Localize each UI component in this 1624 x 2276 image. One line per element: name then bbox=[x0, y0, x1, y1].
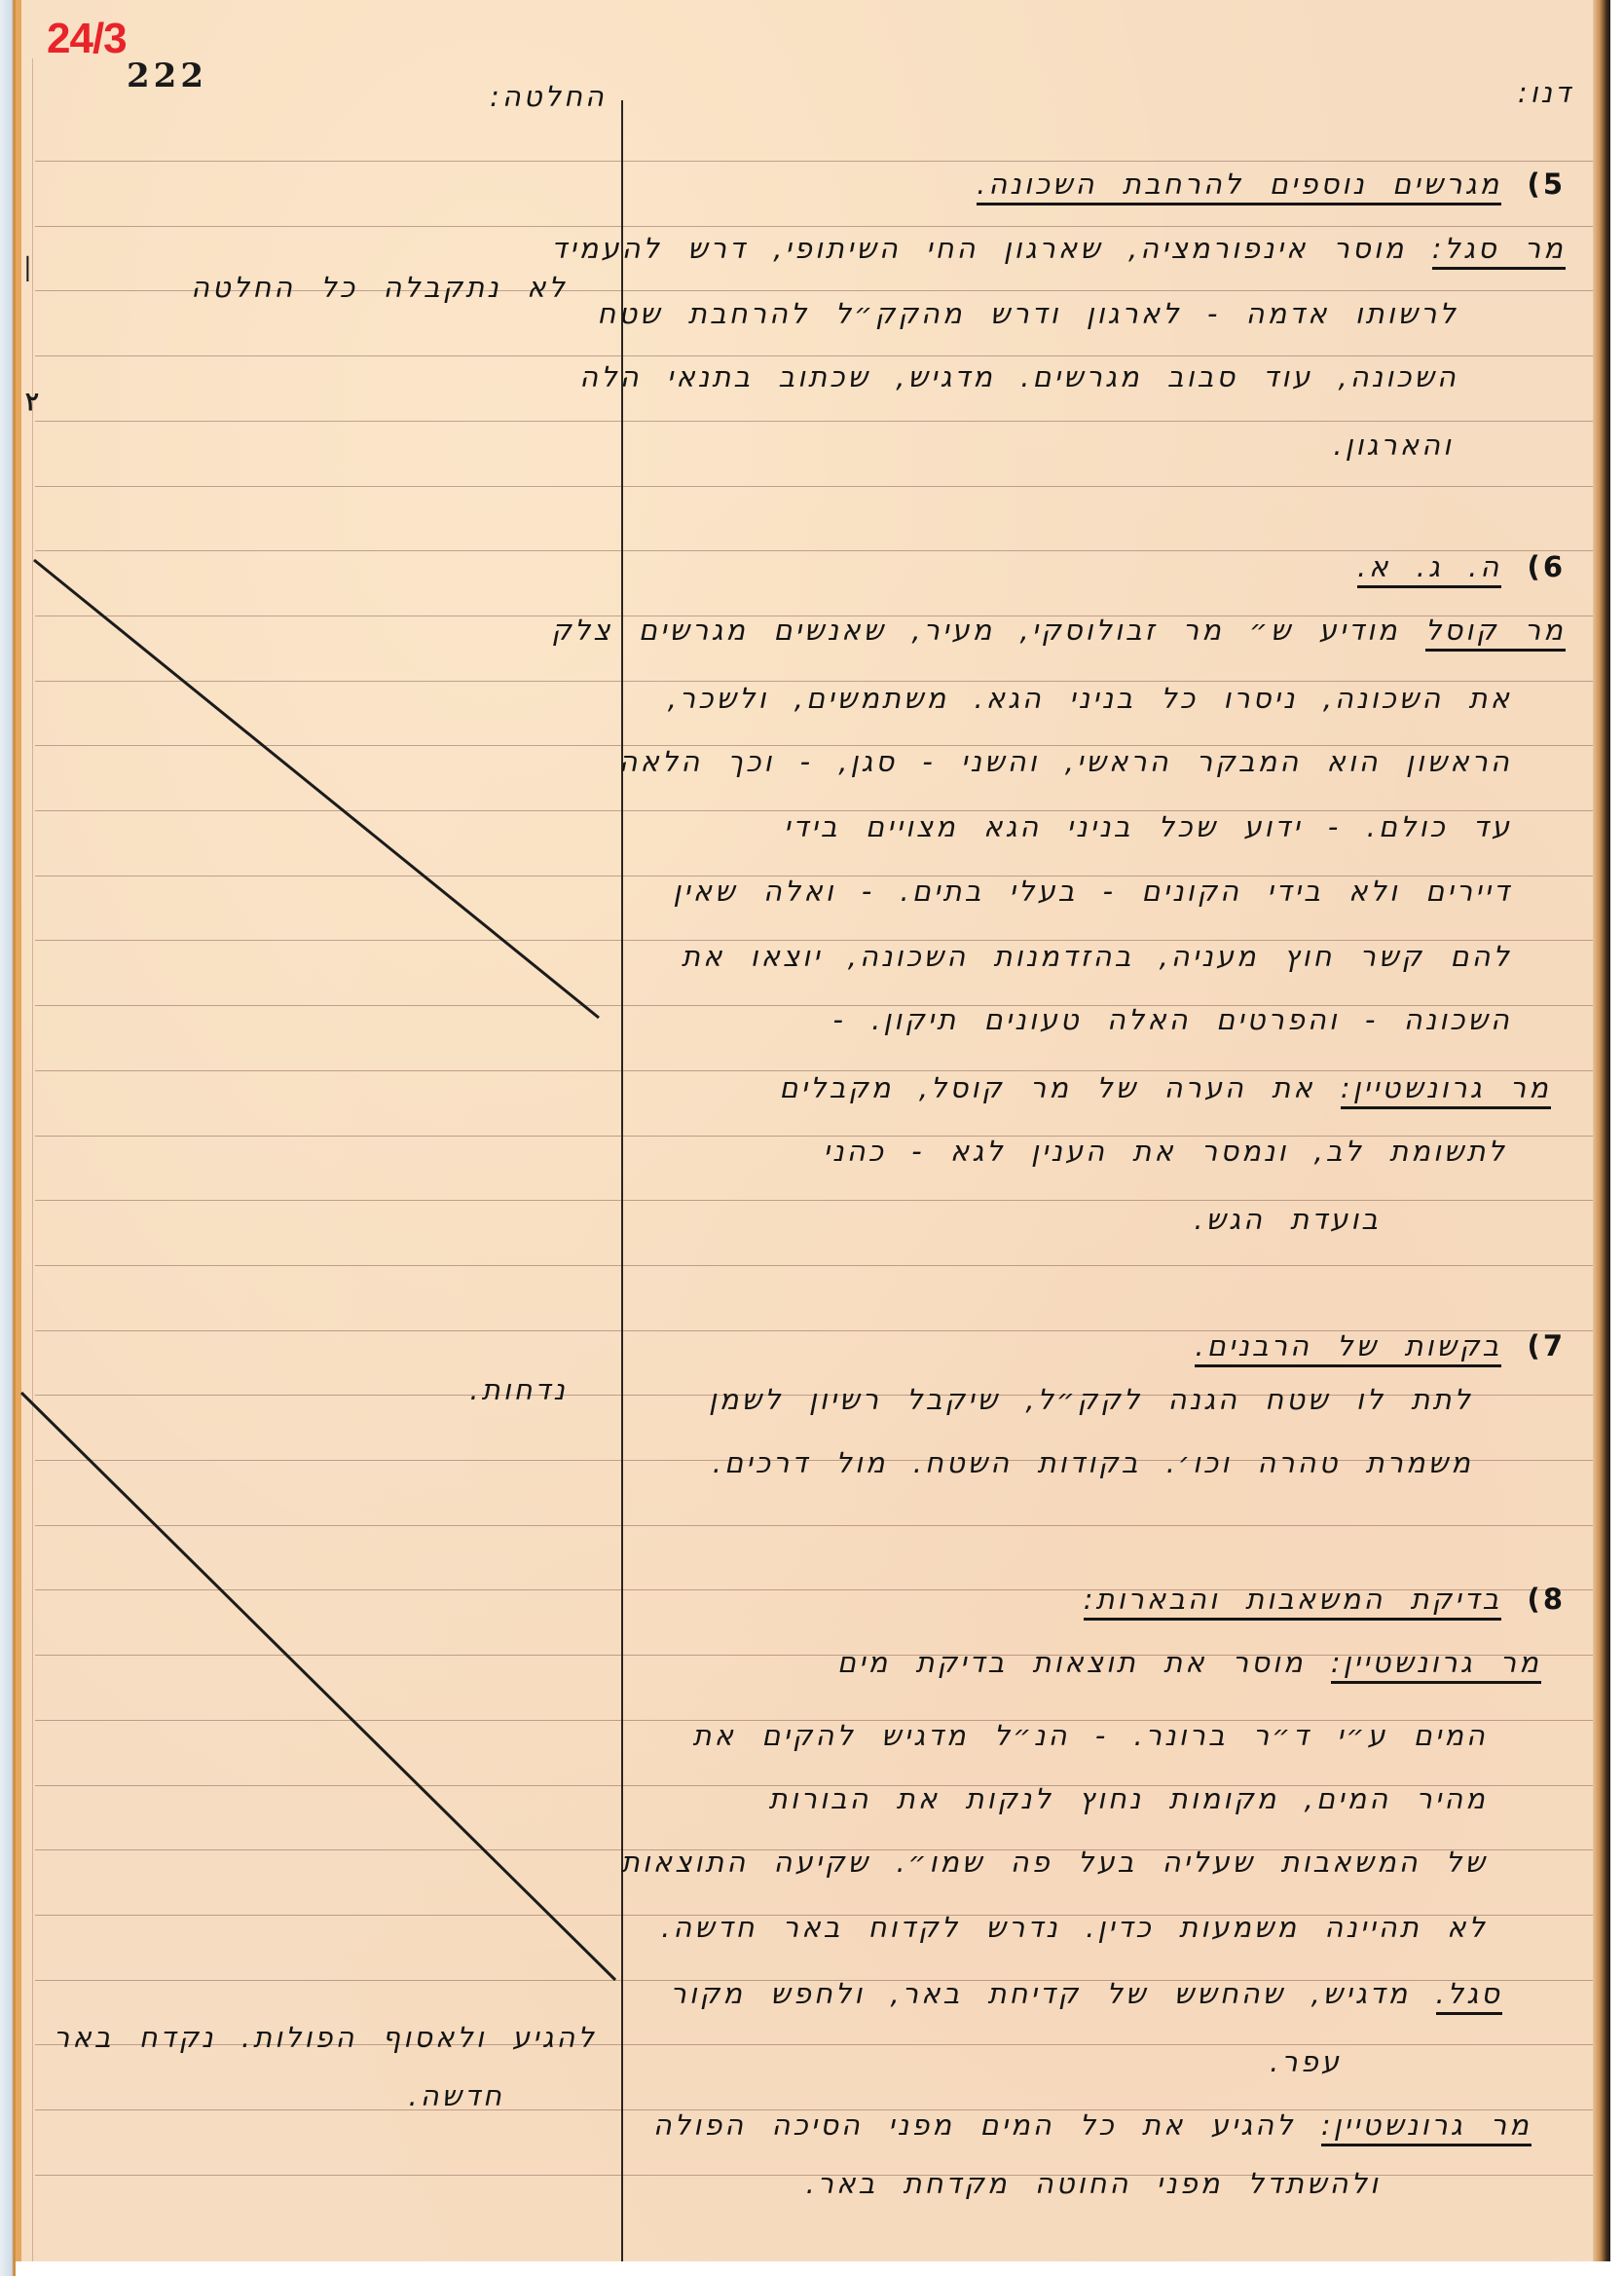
item-6-heading: 6) ה. ג. א. bbox=[1357, 550, 1566, 583]
item-6-line-7: השכונה - והפרטים האלה טעונים תיקון. - bbox=[833, 1003, 1513, 1036]
speaker-label: מר גרונשטיין: bbox=[1341, 1071, 1551, 1109]
ruled-line bbox=[35, 1200, 1593, 1201]
decisions-column-header: החלטה: bbox=[490, 80, 607, 113]
ruled-line bbox=[35, 486, 1593, 487]
speaker-label: סגל. bbox=[1436, 1977, 1502, 2015]
item-5-heading: 5) מגרשים נוספים להרחבת השכונה. bbox=[977, 168, 1566, 201]
ruled-line bbox=[35, 226, 1593, 227]
item-6-line-3: הראשון הוא המבקר הראשי, והשני - סגן, - ו… bbox=[619, 745, 1512, 778]
item-8-decision-line-2: חדשה. bbox=[409, 2079, 505, 2112]
line-text: מוסר את תוצאות בדיקת מים bbox=[837, 1646, 1306, 1679]
ruled-line bbox=[35, 355, 1593, 356]
item-6-line-9: לתשומת לב, ונמסר את הענין לגא - כהני bbox=[824, 1135, 1507, 1168]
page-binding-edge bbox=[1593, 0, 1610, 2261]
item-8-line-6: סגל. מדגיש, שהחשש של קדיחת באר, ולחפש מק… bbox=[671, 1977, 1502, 2010]
line-text: את הערה של מר קוסל, מקבלים bbox=[779, 1071, 1314, 1104]
item-number: 6) bbox=[1528, 550, 1566, 583]
item-8-line-9: ולהשתדל מפני החוטה מקדחת באר. bbox=[806, 2167, 1381, 2200]
item-7-heading: 7) בקשות של הרבנים. bbox=[1195, 1329, 1566, 1362]
page-left-edge bbox=[16, 0, 21, 2261]
item-8-line-5: לא תהיינה משמעות כדין. נדרש לקדוח באר חד… bbox=[661, 1911, 1488, 1944]
item-number: 7) bbox=[1528, 1329, 1566, 1362]
item-6-line-1: מר קוסל מודיע ש״ מר זבולוסקי, מעיר, שאנש… bbox=[551, 614, 1566, 647]
item-5-line-1: מר סגל: מוסר אינפורמציה, שארגון החי השית… bbox=[551, 232, 1566, 265]
line-text: להגיע את כל המים מפני הסיכה הפולה bbox=[653, 2108, 1296, 2142]
item-6-line-10: בועדת הגש. bbox=[1194, 1203, 1381, 1236]
item-title: בדיקת המשאבות והבארות: bbox=[1084, 1583, 1502, 1621]
item-number: 8) bbox=[1528, 1583, 1566, 1616]
ruled-line bbox=[35, 161, 1593, 162]
ruled-line bbox=[35, 421, 1593, 422]
item-7-line-2: משמרת טהרה וכו׳. בקודות השטח. מול דרכים. bbox=[713, 1446, 1473, 1479]
date-stamp: 24/3 bbox=[47, 15, 127, 63]
item-7-decision: נדחות. bbox=[469, 1373, 568, 1406]
item-8-line-2: המים ע״י ד״ר ברונר. - הנ״ל מדגיש להקים א… bbox=[693, 1719, 1488, 1752]
margin-mark-mid: ٢ bbox=[25, 388, 39, 417]
scan-background-edge bbox=[0, 0, 16, 2276]
item-number: 5) bbox=[1528, 168, 1566, 201]
item-title: בקשות של הרבנים. bbox=[1195, 1329, 1501, 1367]
diagonal-strike-1 bbox=[34, 560, 599, 1018]
item-title: ה. ג. א. bbox=[1357, 550, 1501, 588]
speaker-label: מר סגל: bbox=[1432, 232, 1566, 270]
item-5-line-4: והארגון. bbox=[1333, 429, 1454, 462]
item-title: מגרשים נוספים להרחבת השכונה. bbox=[977, 168, 1501, 205]
speaker-label: מר גרונשטיין: bbox=[1331, 1646, 1541, 1684]
item-7-line-1: לתת לו שטח הגנה לקק״ל, שיקבל רשיון לשמן bbox=[709, 1383, 1473, 1416]
item-6-line-8: מר גרונשטיין: את הערה של מר קוסל, מקבלים bbox=[779, 1071, 1551, 1104]
ruled-line bbox=[35, 1265, 1593, 1266]
line-text: מדגיש, שהחשש של קדיחת באר, ולחפש מקור bbox=[671, 1977, 1411, 2010]
item-8-line-4: של המשאבות שעליה בעל פה שמו״. שקיעה התוצ… bbox=[621, 1846, 1488, 1879]
diagonal-strike-2 bbox=[21, 1393, 615, 1980]
item-5-line-3: השכונה, עוד סבוב מגרשים. מדגיש, שכתוב בת… bbox=[579, 360, 1458, 393]
line-text: מוסר אינפורמציה, שארגון החי השיתופי, דרש… bbox=[551, 232, 1406, 265]
margin-mark-top: | bbox=[23, 253, 32, 282]
speaker-label: מר גרונשטיין: bbox=[1321, 2108, 1532, 2146]
item-8-line-8: מר גרונשטיין: להגיע את כל המים מפני הסיכ… bbox=[653, 2108, 1532, 2142]
item-8-heading: 8) בדיקת המשאבות והבארות: bbox=[1084, 1583, 1566, 1616]
item-8-line-7: עפר. bbox=[1270, 2045, 1342, 2078]
item-5-line-2: לרשותו אדמה - לארגון ודרש מהקק״ל להרחבת … bbox=[597, 297, 1458, 330]
item-6-line-2: את השכונה, ניסרו כל בניני הגא. משתמשים, … bbox=[668, 682, 1512, 715]
page-number: 222 bbox=[127, 56, 207, 95]
item-8-line-3: מהיר המים, מקומות נחוץ לנקות את הבורות bbox=[769, 1782, 1488, 1815]
line-text: מודיע ש״ מר זבולוסקי, מעיר, שאנשים מגרשי… bbox=[551, 614, 1399, 647]
item-8-decision-line-1: להגיע ולאסוף הפולות. נקדח באר bbox=[54, 2021, 597, 2054]
discussed-column-header: דנו: bbox=[1518, 76, 1573, 109]
item-6-line-5: דיירים ולא בידי הקונים - בעלי בתים. - וא… bbox=[673, 875, 1512, 908]
item-8-line-1: מר גרונשטיין: מוסר את תוצאות בדיקת מים bbox=[837, 1646, 1541, 1679]
item-6-line-6: להם קשר חוץ מעניה, בהזדמנות השכונה, יוצא… bbox=[682, 940, 1512, 973]
item-6-line-4: עד כולם. - ידוע שכל בניני הגא מצויים ביד… bbox=[784, 810, 1512, 843]
item-5-decision: לא נתקבלה כל החלטה bbox=[191, 271, 568, 304]
ruled-line bbox=[35, 1525, 1593, 1526]
speaker-label: מר קוסל bbox=[1425, 614, 1566, 652]
column-divider bbox=[621, 100, 623, 2261]
